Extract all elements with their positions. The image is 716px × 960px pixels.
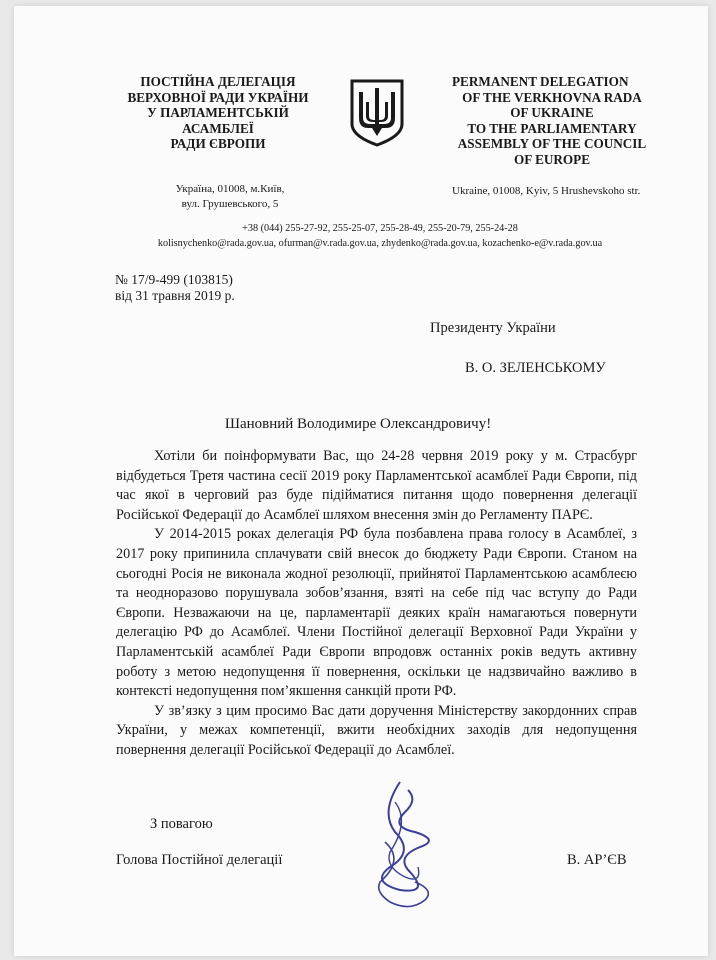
handwritten-signature [360, 772, 450, 927]
body-paragraph: У зв’язку з цим просимо Вас дати доручен… [116, 702, 637, 761]
letterhead-right-line: PERMANENT DELEGATION [452, 74, 652, 90]
body-paragraph: У 2014-2015 роках делегація РФ була позб… [116, 525, 637, 701]
reference-number: № 17/9-499 (103815) [115, 272, 235, 288]
body-paragraph: Хотіли би поінформувати Вас, що 24-28 че… [116, 447, 637, 525]
contact-info: +38 (044) 255-27-92, 255-25-07, 255-28-4… [100, 221, 660, 251]
signer-title: Голова Постійної делегації [116, 852, 282, 869]
letter-body: Хотіли би поінформувати Вас, що 24-28 че… [116, 447, 637, 761]
letterhead-right-line: ASSEMBLY OF THE COUNCIL [452, 136, 652, 152]
letterhead-left-line: АСАМБЛЕЇ [118, 121, 318, 137]
recipient-name: В. О. ЗЕЛЕНСЬКОМУ [465, 360, 606, 377]
letterhead-right-line: OF EUROPE [452, 152, 652, 168]
letterhead-right-line: OF THE VERKHOVNA RADA [452, 90, 652, 106]
document-reference: № 17/9-499 (103815) від 31 травня 2019 р… [115, 272, 235, 304]
letterhead-left-line: У ПАРЛАМЕНТСЬКІЙ [118, 105, 318, 121]
address-line: Україна, 01008, м.Київ, [150, 182, 310, 197]
letterhead-left: ПОСТІЙНА ДЕЛЕГАЦІЯ ВЕРХОВНОЇ РАДИ УКРАЇН… [118, 74, 318, 152]
address-english: Ukraine, 01008, Kyiv, 5 Hrushevskoho str… [452, 184, 640, 199]
recipient-title: Президенту України [430, 320, 556, 337]
address-ukrainian: Україна, 01008, м.Київ, вул. Грушевськог… [150, 182, 310, 212]
letterhead-left-line: РАДИ ЄВРОПИ [118, 136, 318, 152]
address-line: вул. Грушевського, 5 [150, 197, 310, 212]
letterhead-left-line: ПОСТІЙНА ДЕЛЕГАЦІЯ [118, 74, 318, 90]
closing-phrase: З повагою [150, 816, 213, 833]
email-addresses: kolisnychenko@rada.gov.ua, ofurman@v.rad… [100, 236, 660, 251]
letterhead-right-line: OF UKRAINE [452, 105, 652, 121]
reference-date: від 31 травня 2019 р. [115, 288, 235, 304]
trident-icon [348, 78, 406, 153]
signer-name: В. АР’ЄВ [567, 852, 627, 869]
letterhead-right-line: TO THE PARLIAMENTARY [452, 121, 652, 137]
letterhead-right: PERMANENT DELEGATION OF THE VERKHOVNA RA… [452, 74, 682, 167]
phone-numbers: +38 (044) 255-27-92, 255-25-07, 255-28-4… [100, 221, 660, 236]
letterhead-left-line: ВЕРХОВНОЇ РАДИ УКРАЇНИ [118, 90, 318, 106]
salutation: Шановний Володимире Олександровичу! [0, 416, 716, 433]
